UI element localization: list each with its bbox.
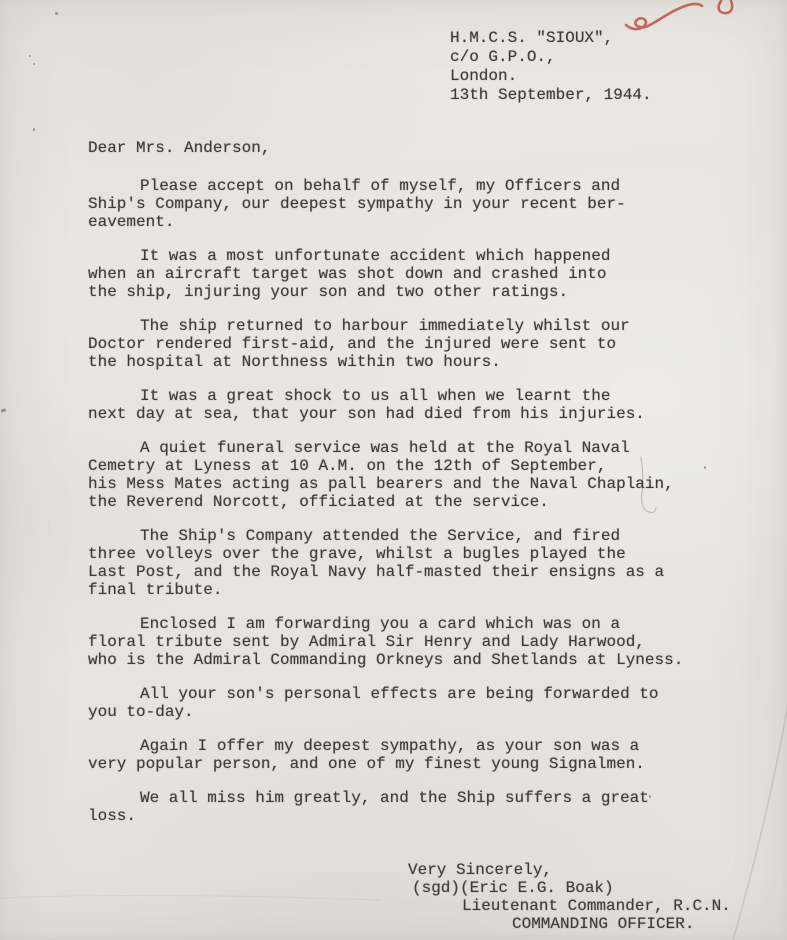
signature-block: Very Sincerely, (sgd)(Eric E.G. Boak) Li…: [408, 861, 736, 933]
letterhead-city: London.: [450, 67, 652, 86]
letter-paragraph: The ship returned to harbour immediately…: [88, 317, 736, 371]
letter-paragraph: All your son's personal effects are bein…: [88, 685, 736, 721]
letter-body: Dear Mrs. Anderson, Please accept on beh…: [88, 139, 736, 933]
paper-speck: [1, 408, 7, 413]
letterhead-address-line: c/o G.P.O.,: [450, 48, 652, 67]
letter-paragraph: Enclosed I am forwarding you a card whic…: [88, 615, 736, 669]
commanding-officer-title: COMMANDING OFFICER.: [408, 915, 736, 933]
signer-rank: Lieutenant Commander, R.C.N.: [408, 897, 736, 915]
letter-paragraph: It was a most unfortunate accident which…: [88, 247, 736, 301]
letter-paragraph: Again I offer my deepest sympathy, as yo…: [88, 737, 736, 773]
salutation: Dear Mrs. Anderson,: [88, 139, 736, 157]
letterhead-date: 13th September, 1944.: [450, 86, 652, 105]
paper-speck: [33, 128, 35, 131]
letter-paragraph: It was a great shock to us all when we l…: [88, 387, 736, 423]
paper-speck: [55, 12, 58, 15]
letter-paragraph: We all miss him greatly, and the Ship su…: [88, 789, 736, 825]
paper-speck: [33, 63, 35, 65]
letter-paragraph: The Ship's Company attended the Service,…: [88, 527, 736, 599]
paper-speck: [29, 55, 31, 57]
letter-document: H.M.C.S. "SIOUX", c/o G.P.O., London. 13…: [0, 0, 787, 940]
letterhead: H.M.C.S. "SIOUX", c/o G.P.O., London. 13…: [450, 29, 652, 105]
letter-paragraph: Please accept on behalf of myself, my Of…: [88, 177, 736, 231]
letter-paragraph: A quiet funeral service was held at the …: [88, 439, 736, 511]
closing: Very Sincerely,: [408, 861, 736, 879]
signed-name: (sgd)(Eric E.G. Boak): [408, 879, 736, 897]
red-pencil-scribble: [626, 1, 732, 29]
letterhead-ship-name: H.M.C.S. "SIOUX",: [450, 29, 652, 48]
